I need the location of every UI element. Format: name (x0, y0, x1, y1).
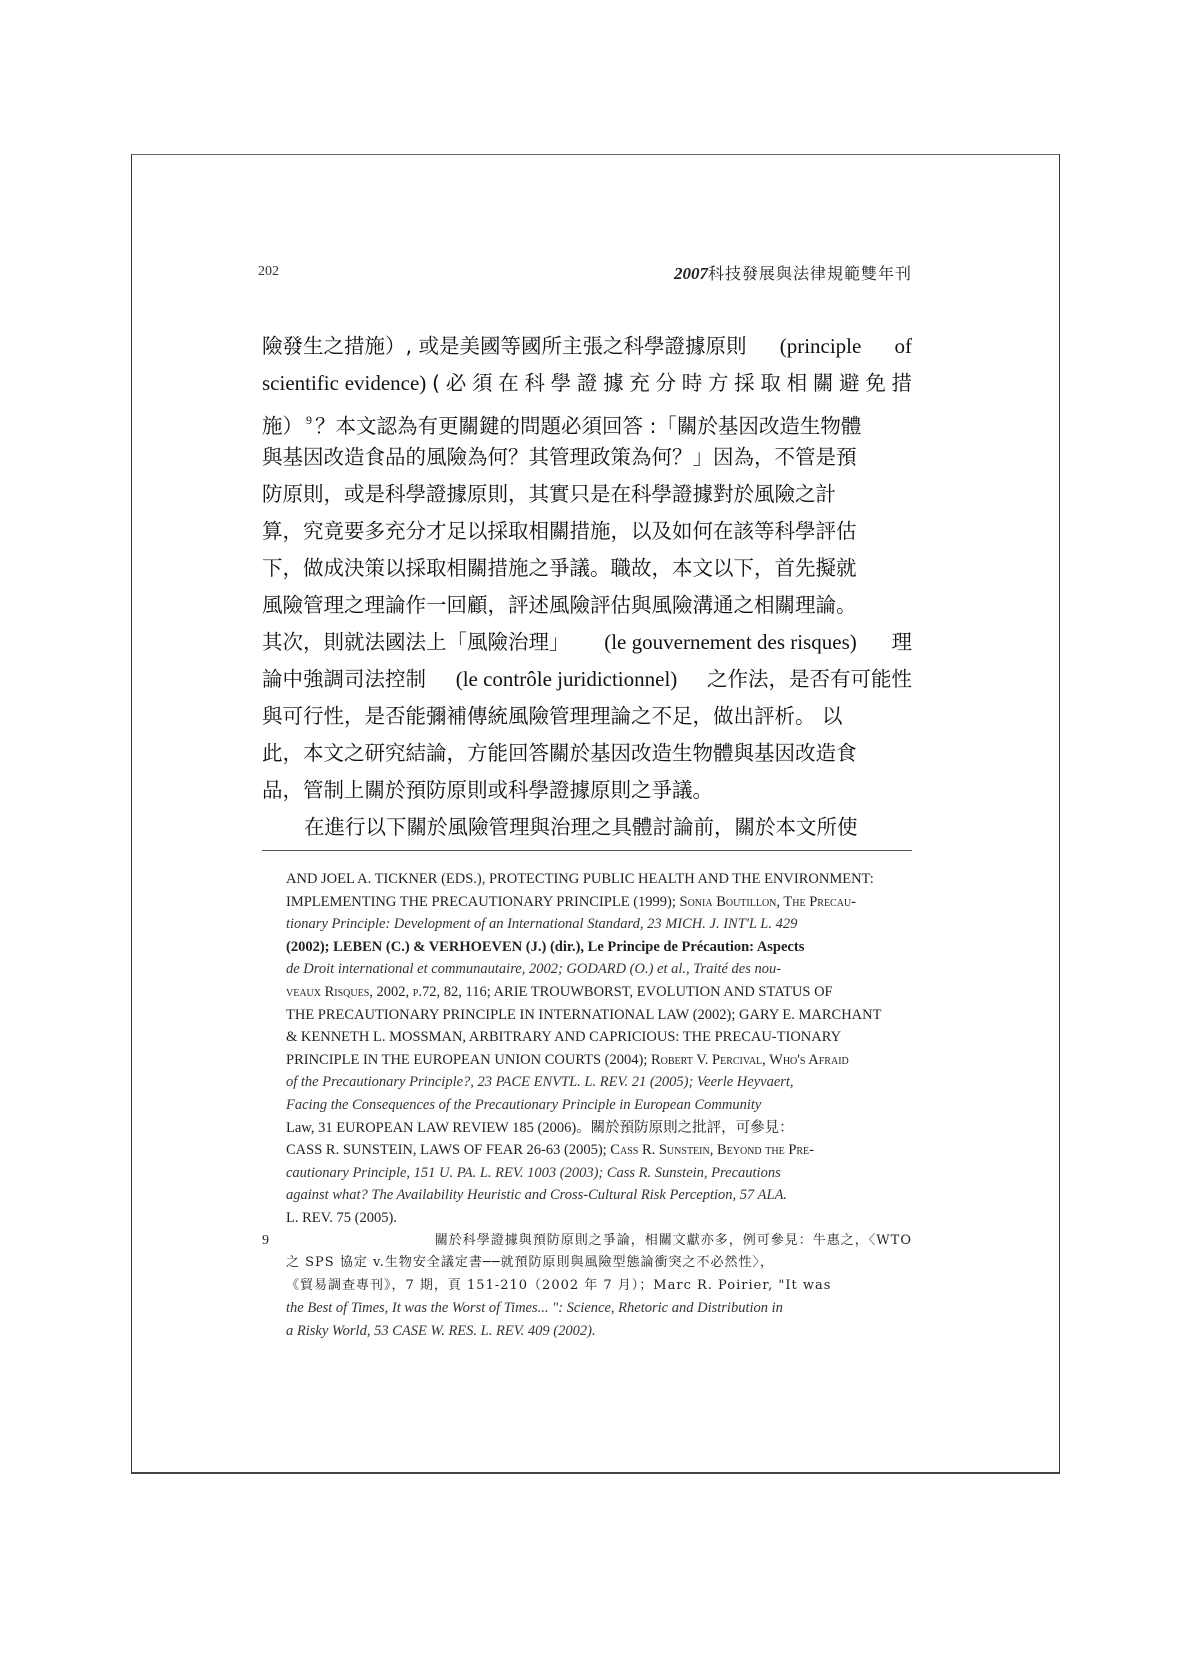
text-segment: ？本文認為有更關鍵的問題必須回答 :「關於基因改造生物體 (315, 414, 861, 438)
footnote-text: IMPLEMENTING THE PRECAUTIONARY PRINCIPLE… (286, 891, 856, 914)
text-segment: 證 (577, 365, 598, 402)
footnote-line: tionary Principle: Development of an Int… (262, 913, 912, 936)
text-segment: 時 (682, 365, 703, 402)
footnote-line: & KENNETH L. MOSSMAN, ARBITRARY AND CAPR… (262, 1026, 912, 1049)
page-number: 202 (258, 264, 279, 280)
text-segment: 關 (813, 365, 834, 402)
footnote-line: the Best of Times, It was the Worst of T… (262, 1297, 912, 1320)
footnote-line: cautionary Principle, 151 U. PA. L. REV.… (262, 1162, 912, 1185)
body-line-11: 與可行性，是否能彌補傳統風險管理理論之不足，做出評析。 以 (262, 698, 912, 735)
footnote-text: against what? The Availability Heuristic… (286, 1184, 787, 1207)
footnote-line: veaux Risques, 2002, p.72, 82, 116; ARIE… (262, 981, 912, 1004)
footnote-text: Facing the Consequences of the Precautio… (286, 1094, 761, 1117)
text-segment: 在進行以下關於風險管理與治理之具體討論前，關於本文所使 (304, 809, 858, 846)
footnote-text: & KENNETH L. MOSSMAN, ARBITRARY AND CAPR… (286, 1026, 841, 1049)
journal-year: 2007 (674, 264, 708, 283)
text-segment: scientific (262, 365, 339, 402)
footnote-text: 之 SPS 協定 v.生物安全議定書──就預防原則與風險型態論衝突之不必然性〉， (286, 1252, 774, 1275)
text-segment: (le contrôle juridictionnel) (456, 661, 678, 698)
footnote-text: (2002); LEBEN (C.) & VERHOEVEN (J.) (dir… (286, 936, 804, 959)
body-text: 險發生之措施）, 或是美國等國所主張之科學證據原則 (principle of … (262, 328, 912, 846)
footnote-text: of the Precautionary Principle?, 23 PACE… (286, 1071, 794, 1094)
footnote-text: CASS R. SUNSTEIN, LAWS OF FEAR 26-63 (20… (286, 1139, 814, 1162)
footnote-text: cautionary Principle, 151 U. PA. L. REV.… (286, 1162, 781, 1185)
body-line-10: 論中強調司法控制 (le contrôle juridictionnel) 之作… (262, 661, 912, 698)
text-segment: 算，究竟要多充分才足以採取相關措施，以及如何在該等科學評估 (262, 513, 857, 550)
text-segment: (le gouvernement des risques) (604, 624, 857, 661)
body-line-5: 防原則，或是科學證據原則，其實只是在科學證據對於風險之計 (262, 476, 912, 513)
text-segment: 此，本文之研究結論，方能回答關於基因改造生物體與基因改造食 (262, 735, 857, 772)
footnotes: AND JOEL A. TICKNER (EDS.), PROTECTING P… (262, 868, 912, 1342)
body-line-2: scientific evidence) ( 必 須 在 科 學 證 據 充 分… (262, 365, 912, 402)
running-head: 2007科技發展與法律規範雙年刊 (674, 261, 912, 284)
footnote-line: against what? The Availability Heuristic… (262, 1184, 912, 1207)
text-segment: 免 (865, 365, 886, 402)
footnote-text: de Droit international et communautaire,… (286, 958, 781, 981)
footnote-line: AND JOEL A. TICKNER (EDS.), PROTECTING P… (262, 868, 912, 891)
body-line-8: 風險管理之理論作一回顧，評述風險評估與風險溝通之相關理論。 (262, 587, 912, 624)
body-line-13: 品，管制上關於預防原則或科學證據原則之爭議。 (262, 772, 912, 809)
text-segment: 在 (498, 365, 519, 402)
footnote-9: 9關於科學證據與預防原則之爭論，相關文獻亦多，例可參見：牛惠之，〈WTO (262, 1230, 912, 1253)
footnote-line: (2002); LEBEN (C.) & VERHOEVEN (J.) (dir… (262, 936, 912, 959)
footnote-text: 關於科學證據與預防原則之爭論，相關文獻亦多，例可參見：牛惠之，〈WTO (435, 1230, 912, 1253)
footnote-line: Facing the Consequences of the Precautio… (262, 1094, 912, 1117)
text-segment: evidence) (345, 365, 427, 402)
footnote-reference[interactable]: 9 (306, 413, 312, 427)
footnote-separator (262, 850, 912, 851)
body-line-14: 在進行以下關於風險管理與治理之具體討論前，關於本文所使 (262, 809, 912, 846)
footnote-text: PRINCIPLE IN THE EUROPEAN UNION COURTS (… (286, 1049, 849, 1072)
footnote-number: 9 (262, 1230, 286, 1253)
footnote-text: veaux Risques, 2002, p.72, 82, 116; ARIE… (286, 981, 833, 1004)
text-segment: 理 (891, 624, 912, 661)
text-segment: 防原則，或是科學證據原則，其實只是在科學證據對於風險之計 (262, 476, 836, 513)
footnote-text: tionary Principle: Development of an Int… (286, 913, 797, 936)
body-line-3: 施）9？本文認為有更關鍵的問題必須回答 :「關於基因改造生物體 (262, 402, 912, 439)
text-segment: 須 (472, 365, 493, 402)
footnote-line: 之 SPS 協定 v.生物安全議定書──就預防原則與風險型態論衝突之不必然性〉， (262, 1252, 912, 1275)
body-line-7: 下，做成決策以採取相關措施之爭議。職故，本文以下，首先擬就 (262, 550, 912, 587)
text-segment: 取 (760, 365, 781, 402)
text-segment: (principle (780, 328, 862, 365)
text-segment: 施） (262, 414, 303, 438)
text-segment: 品，管制上關於預防原則或科學證據原則之爭議。 (262, 772, 713, 809)
footnote-line: CASS R. SUNSTEIN, LAWS OF FEAR 26-63 (20… (262, 1139, 912, 1162)
body-line-4: 與基因改造食品的風險為何？其管理政策為何？」因為，不管是預 (262, 439, 912, 476)
text-segment: 充 (629, 365, 650, 402)
text-segment: 險發生之措施）, 或是美國等國所主張之科學證據原則 (262, 328, 747, 365)
footnote-line: de Droit international et communautaire,… (262, 958, 912, 981)
footnote-text: AND JOEL A. TICKNER (EDS.), PROTECTING P… (286, 868, 874, 891)
footnote-line: 《貿易調查專刊》，7 期，頁 151-210（2002 年 7 月）；Marc … (262, 1275, 912, 1298)
text-segment: 論中強調司法控制 (262, 661, 426, 698)
footnote-text: Law, 31 EUROPEAN LAW REVIEW 185 (2006)。關… (286, 1117, 794, 1140)
footnote-text: 《貿易調查專刊》，7 期，頁 151-210（2002 年 7 月）；Marc … (286, 1275, 831, 1298)
footnote-line: IMPLEMENTING THE PRECAUTIONARY PRINCIPLE… (262, 891, 912, 914)
text-segment: 方 (708, 365, 729, 402)
text-segment: 採 (734, 365, 755, 402)
text-segment: 學 (551, 365, 572, 402)
text-segment: 其次，則就法國法上「風險治理」 (262, 624, 570, 661)
text-segment: 必 (446, 365, 467, 402)
text-segment: 與基因改造食品的風險為何？其管理政策為何？」因為，不管是預 (262, 439, 857, 476)
text-segment: 風險管理之理論作一回顧，評述風險評估與風險溝通之相關理論。 (262, 587, 857, 624)
text-segment: of (895, 328, 913, 365)
footnote-text: a Risky World, 53 CASE W. RES. L. REV. 4… (286, 1320, 596, 1343)
text-segment: ( (432, 365, 440, 402)
body-line-6: 算，究竟要多充分才足以採取相關措施，以及如何在該等科學評估 (262, 513, 912, 550)
footnote-line: Law, 31 EUROPEAN LAW REVIEW 185 (2006)。關… (262, 1117, 912, 1140)
text-segment: 科 (524, 365, 545, 402)
footnote-text: the Best of Times, It was the Worst of T… (286, 1297, 783, 1320)
text-segment: 下，做成決策以採取相關措施之爭議。職故，本文以下，首先擬就 (262, 550, 857, 587)
footnote-line: L. REV. 75 (2005). (262, 1207, 912, 1230)
body-line-9: 其次，則就法國法上「風險治理」 (le gouvernement des ris… (262, 624, 912, 661)
text-segment: 與可行性，是否能彌補傳統風險管理理論之不足，做出評析。 以 (262, 698, 843, 735)
footnote-text: L. REV. 75 (2005). (286, 1207, 397, 1230)
footnote-text: THE PRECAUTIONARY PRINCIPLE IN INTERNATI… (286, 1004, 881, 1027)
footnote-line: PRINCIPLE IN THE EUROPEAN UNION COURTS (… (262, 1049, 912, 1072)
footnote-line: of the Precautionary Principle?, 23 PACE… (262, 1071, 912, 1094)
text-segment: 據 (603, 365, 624, 402)
text-segment: 措 (891, 365, 912, 402)
text-segment: 相 (787, 365, 808, 402)
body-line-1: 險發生之措施）, 或是美國等國所主張之科學證據原則 (principle of (262, 328, 912, 365)
text-segment: 避 (839, 365, 860, 402)
body-line-12: 此，本文之研究結論，方能回答關於基因改造生物體與基因改造食 (262, 735, 912, 772)
text-segment: 之作法，是否有可能性 (707, 661, 912, 698)
journal-title: 科技發展與法律規範雙年刊 (708, 264, 912, 283)
footnote-line: THE PRECAUTIONARY PRINCIPLE IN INTERNATI… (262, 1004, 912, 1027)
text-segment: 分 (656, 365, 677, 402)
footnote-line: a Risky World, 53 CASE W. RES. L. REV. 4… (262, 1320, 912, 1343)
